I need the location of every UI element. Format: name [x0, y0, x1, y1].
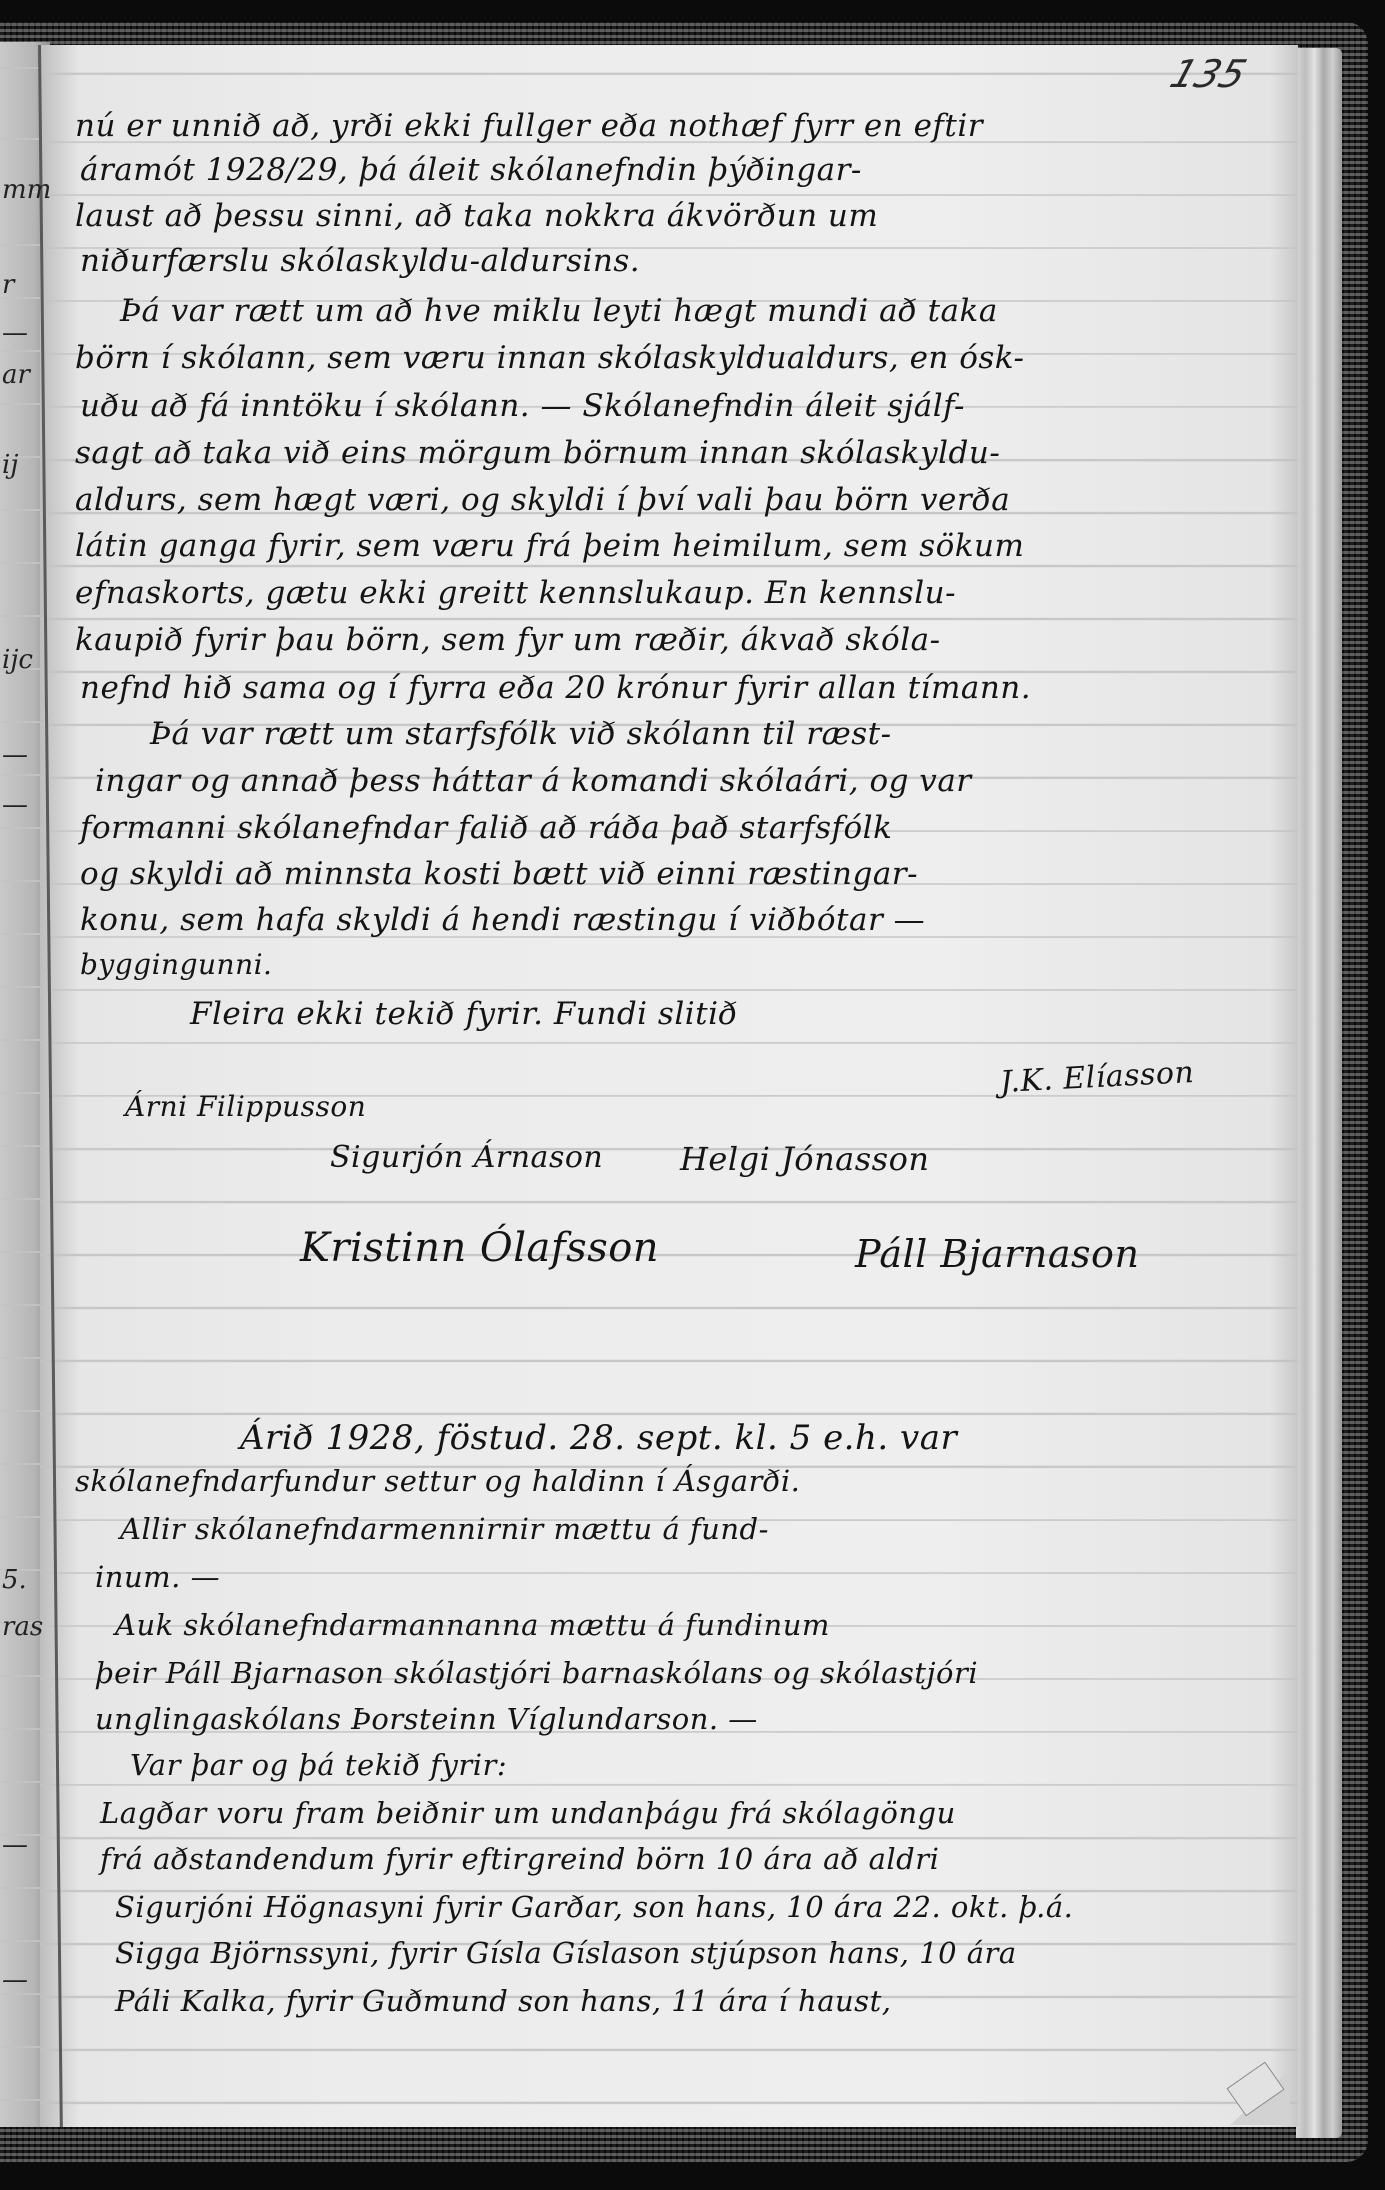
margin-fragment: —: [2, 790, 28, 820]
handwritten-line: byggingunni.: [80, 948, 272, 981]
handwritten-line: formanni skólanefndar falið að ráða það …: [80, 810, 892, 846]
margin-fragment: —: [2, 318, 28, 348]
margin-fragment: ar: [2, 360, 30, 390]
handwritten-line: frá aðstandendum fyrir eftirgreind börn …: [100, 1842, 939, 1876]
handwritten-line: Lagðar voru fram beiðnir um undanþágu fr…: [100, 1796, 956, 1830]
handwritten-line: skólanefndarfundur settur og haldinn í Á…: [75, 1464, 800, 1498]
signature: Páll Bjarnason: [855, 1232, 1139, 1276]
handwritten-line: niðurfærslu skólaskyldu-aldursins.: [80, 243, 640, 279]
page-stack-edge: [1296, 48, 1342, 2138]
handwritten-line: inum. —: [95, 1560, 220, 1594]
handwritten-line: nefnd hið sama og í fyrra eða 20 krónur …: [80, 670, 1031, 706]
handwritten-line: Þá var rætt um starfsfólk við skólann ti…: [150, 716, 892, 752]
margin-fragment: ras: [2, 1612, 43, 1642]
handwritten-line: nú er unnið að, yrði ekki fullger eða no…: [75, 108, 983, 144]
handwritten-line: ingar og annað þess háttar á komandi skó…: [95, 763, 972, 799]
handwritten-line: sagt að taka við eins mörgum börnum inna…: [75, 435, 1000, 471]
margin-fragment: r: [2, 270, 14, 300]
handwritten-line: konu, sem hafa skyldi á hendi ræstingu í…: [80, 902, 925, 938]
margin-fragment: ij: [2, 450, 18, 480]
signature: Helgi Jónasson: [680, 1140, 929, 1178]
handwritten-line: Var þar og þá tekið fyrir:: [130, 1748, 507, 1782]
margin-fragment: —: [2, 1965, 28, 1995]
handwritten-line: þeir Páll Bjarnason skólastjóri barnaskó…: [95, 1656, 978, 1690]
handwritten-line: Páli Kalka, fyrir Guðmund son hans, 11 á…: [115, 1984, 891, 2018]
margin-fragment: ijc: [2, 645, 33, 675]
handwritten-line: laust að þessu sinni, að taka nokkra ákv…: [75, 198, 878, 234]
page-number: 135: [1165, 52, 1252, 96]
handwritten-line: unglingaskólans Þorsteinn Víglundarson. …: [95, 1702, 758, 1736]
handwritten-line: og skyldi að minnsta kosti bætt við einn…: [80, 856, 918, 892]
minutes-heading: Árið 1928, föstud. 28. sept. kl. 5 e.h. …: [240, 1418, 957, 1458]
signature: Kristinn Ólafsson: [300, 1225, 659, 1271]
margin-fragment: —: [2, 1830, 28, 1860]
margin-fragment: 5.: [2, 1565, 27, 1595]
handwritten-line: áramót 1928/29, þá áleit skólanefndin þý…: [80, 152, 862, 188]
handwritten-line: Sigurjóni Högnasyni fyrir Garðar, son ha…: [115, 1890, 1073, 1924]
handwritten-line: látin ganga fyrir, sem væru frá þeim hei…: [75, 528, 1024, 564]
handwritten-line: efnaskorts, gætu ekki greitt kennslukaup…: [75, 575, 956, 611]
handwritten-line: Þá var rætt um að hve miklu leyti hægt m…: [120, 293, 998, 329]
handwritten-line: Allir skólanefndarmennirnir mættu á fund…: [120, 1512, 769, 1546]
handwritten-line: börn í skólann, sem væru innan skólaskyl…: [75, 340, 1025, 376]
handwritten-line: uðu að fá inntöku í skólann. — Skólanefn…: [80, 388, 965, 424]
signature: Árni Filippusson: [125, 1090, 366, 1123]
handwritten-line: Fleira ekki tekið fyrir. Fundi slitið: [190, 996, 738, 1032]
handwritten-line: kaupið fyrir þau börn, sem fyr um ræðir,…: [75, 622, 941, 658]
margin-fragment: —: [2, 740, 28, 770]
margin-fragment: mm: [2, 175, 51, 205]
signature: Sigurjón Árnason: [330, 1140, 603, 1175]
handwritten-line: Auk skólanefndarmannanna mættu á fundinu…: [115, 1608, 830, 1642]
handwritten-line: Sigga Björnssyni, fyrir Gísla Gíslason s…: [115, 1936, 1017, 1970]
handwritten-line: aldurs, sem hægt væri, og skyldi í því v…: [75, 482, 1010, 518]
